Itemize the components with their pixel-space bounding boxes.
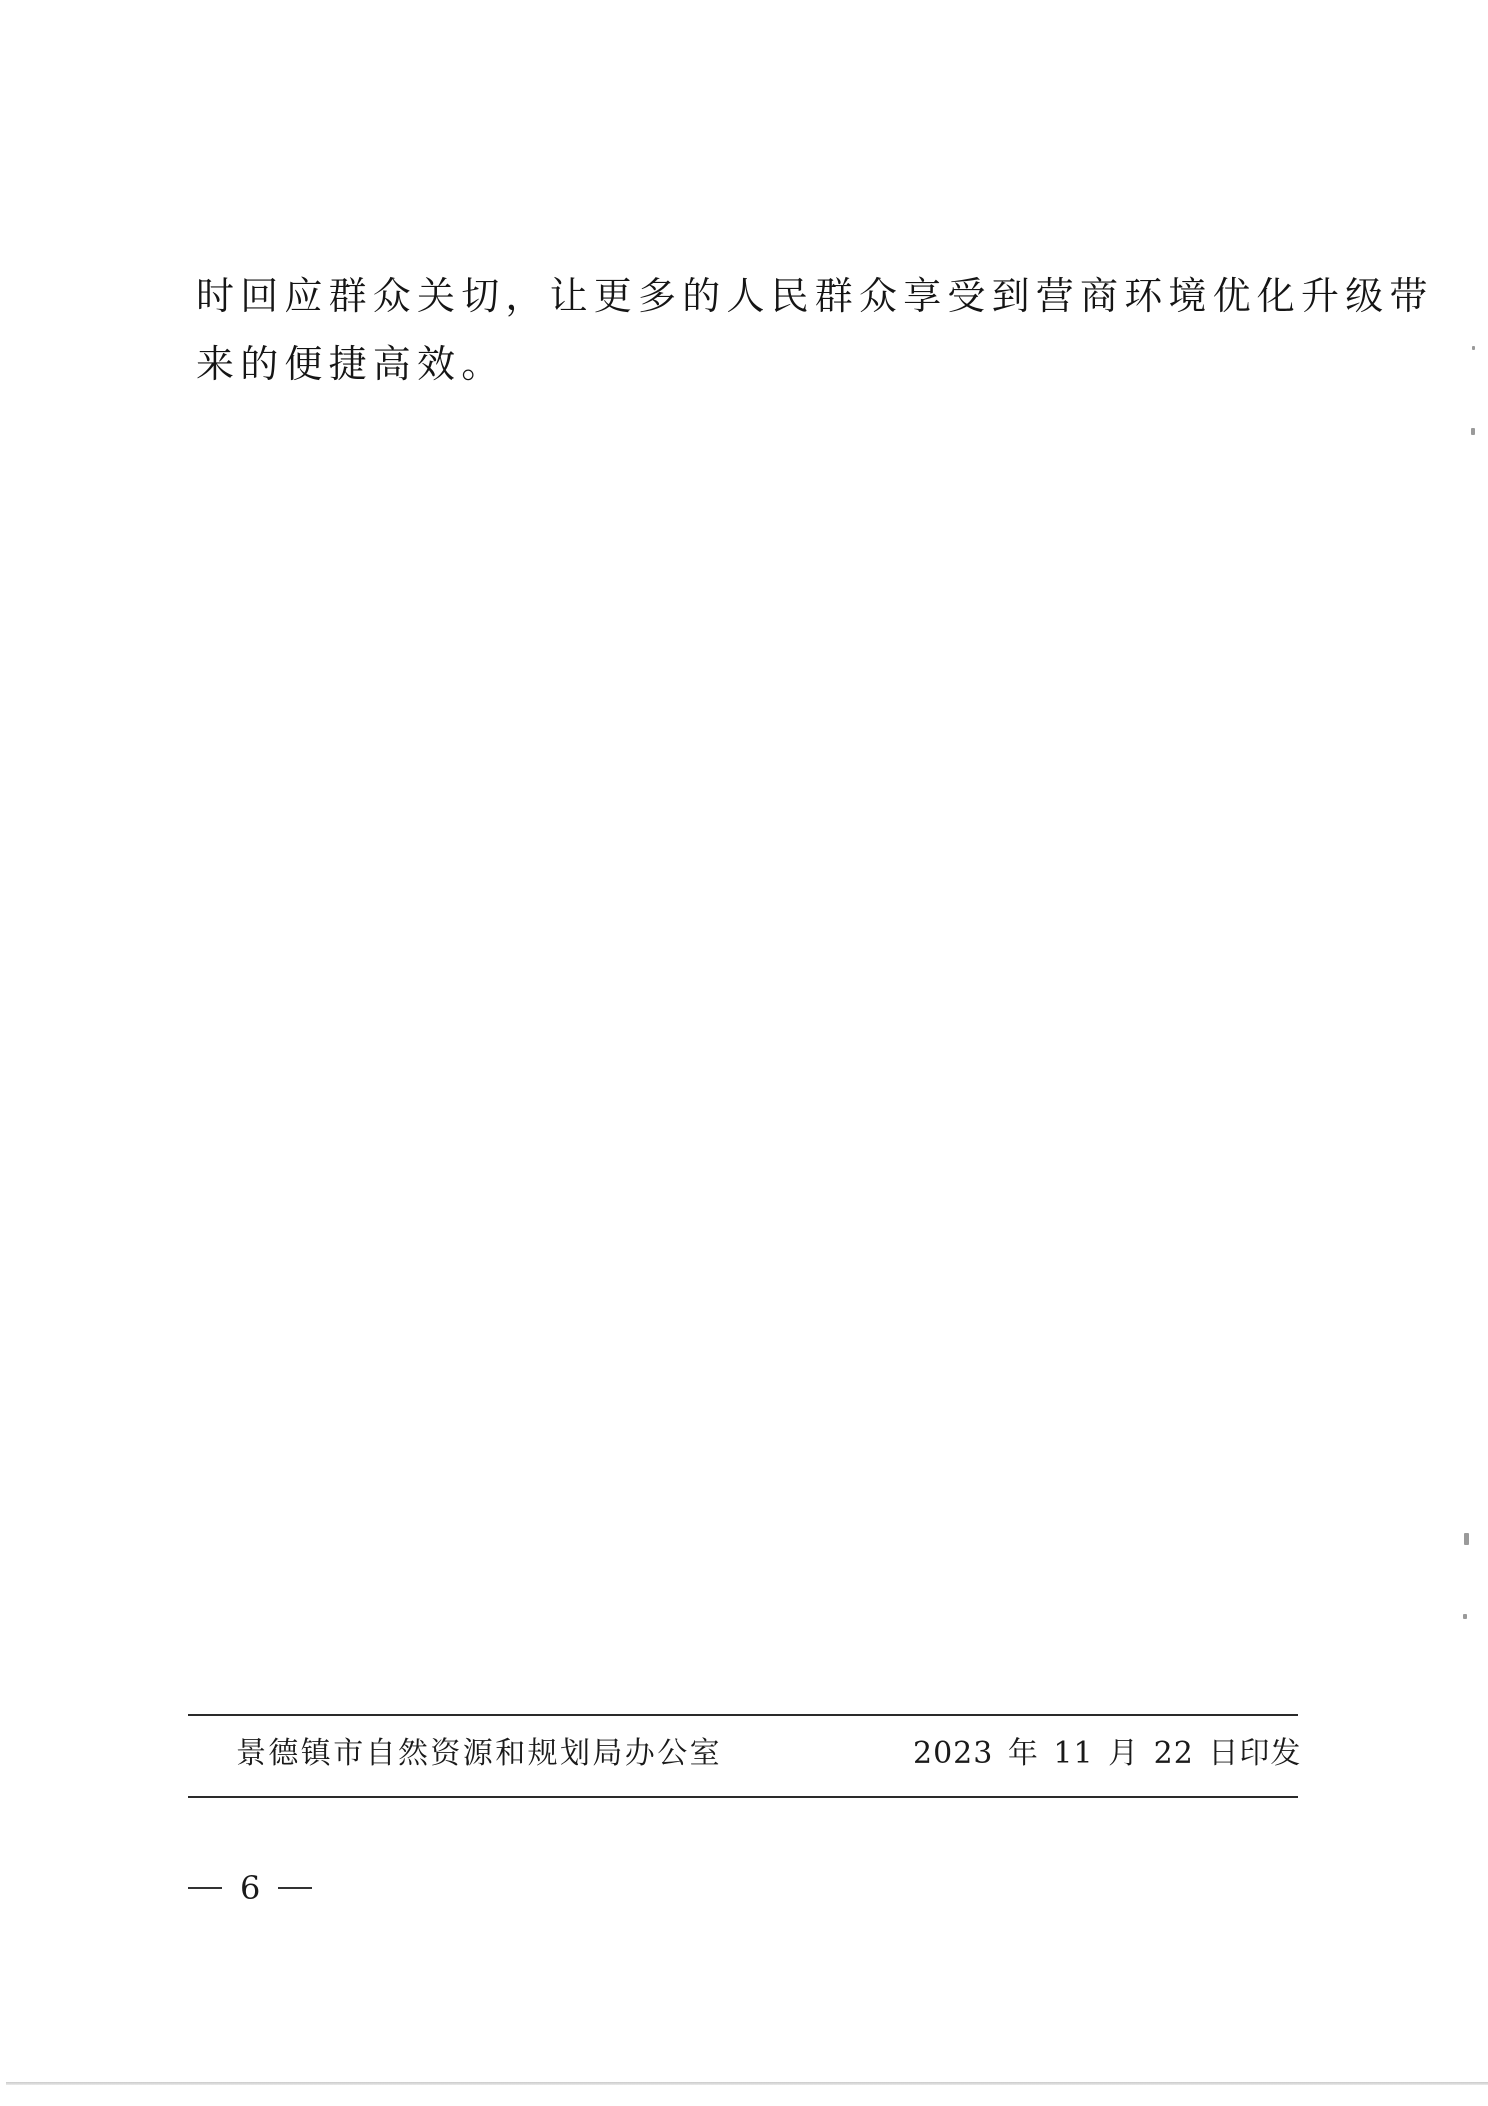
scan-speck (1463, 1614, 1467, 1619)
scan-edge-line (6, 2082, 1488, 2085)
imprint-bottom-rule (188, 1796, 1298, 1798)
body-line-2: 来的便捷高效。 (196, 330, 1306, 398)
issue-date: 2023 年 11 月 22 日印发 (913, 1734, 1301, 1774)
scan-speck (1464, 1533, 1469, 1545)
body-paragraph: 时回应群众关切，让更多的人民群众享受到营商环境优化升级带 来的便捷高效。 (196, 262, 1306, 398)
page-dash-left (188, 1887, 222, 1889)
page-number-value: 6 (240, 1866, 260, 1910)
imprint-top-rule (188, 1714, 1298, 1716)
page-number: 6 (188, 1866, 312, 1910)
issuing-office: 景德镇市自然资源和规划局办公室 (236, 1734, 722, 1774)
scan-speck (1472, 346, 1475, 350)
body-line-1: 时回应群众关切，让更多的人民群众享受到营商环境优化升级带 (196, 262, 1306, 330)
scan-speck (1471, 428, 1475, 435)
page-dash-right (278, 1887, 312, 1889)
